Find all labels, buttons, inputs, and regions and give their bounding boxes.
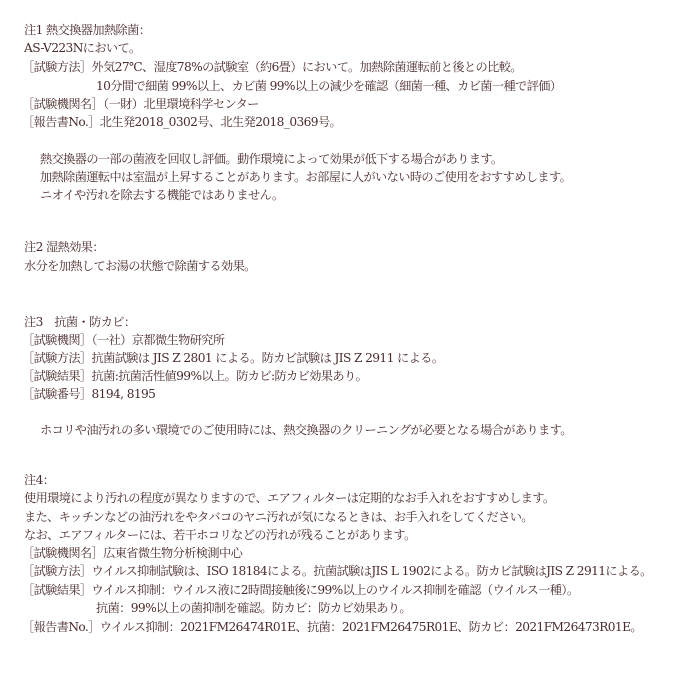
note-4-body-1: 使用環境により汚れの程度が異なりますので、エアフィルターは定期的なお手入れをおす… (24, 490, 554, 506)
note-1-model: AS-V223Nにおいて。 (24, 40, 140, 56)
note-3-result: ［試験結果］抗菌:抗菌活性値99%以上。防カビ:防カビ効果あり。 (22, 368, 367, 384)
note-4-institution: ［試験機関名］広東省微生物分析検測中心 (22, 545, 242, 561)
note-4-result-cont: 抗菌：99%以上の菌抑制を確認。防カビ：防カビ効果あり。 (96, 600, 411, 616)
note-2-title: 注2 湿熱効果： (24, 239, 104, 255)
note-1-method-cont: 10分間で細菌 99%以上、カビ菌 99%以上の減少を確認（細菌一種、カビ菌一種… (96, 78, 561, 94)
note-3-institution: ［試験機関］（一社）京都微生物研究所 (22, 332, 224, 348)
note-1-method: ［試験方法］外気27℃、湿度78%の試験室（約6畳）において。加熱除菌運転前と後… (22, 59, 522, 75)
note-3-number: ［試験番号］8194, 8195 (22, 386, 155, 402)
note-2-body: 水分を加熱してお湯の状態で除菌する効果。 (24, 258, 256, 274)
note-3-remark: ホコリや油汚れの多い環境でのご使用時には、熱交換器のクリーニングが必要となる場合… (40, 422, 572, 438)
note-1-remark-3: ニオイや汚れを除去する機能ではありません。 (40, 187, 283, 203)
note-4-method: ［試験方法］ウイルス抑制試験は、ISO 18184による。抗菌試験はJIS L … (22, 563, 652, 579)
note-1-remark-1: 熱交換器の一部の菌液を回収し評価。動作環境によって効果が低下する場合があります。 (40, 151, 503, 167)
note-1-institution: ［試験機関名］（一財）北里環境科学センター (22, 96, 259, 112)
note-4-title: 注4： (24, 472, 54, 488)
note-4-report: ［報告書No.］ウイルス抑制：2021FM26474R01E、抗菌：2021FM… (22, 619, 642, 635)
note-4-body-3: なお、エアフィルターには、若干ホコリなどの汚れが残ることがあります。 (24, 527, 416, 543)
note-3-method: ［試験方法］抗菌試験は JIS Z 2801 による。防カビ試験は JIS Z … (22, 350, 443, 366)
note-3-title: 注3 抗菌・防カビ： (24, 314, 135, 330)
note-1-report: ［報告書No.］北生発2018_0302号、北生発2018_0369号。 (22, 114, 341, 130)
note-4-body-2: また、キッチンなどの油汚れをやタバコのヤニ汚れが気になるときは、お手入れをしてく… (24, 509, 533, 525)
note-1-title: 注1 熱交換器加熱除菌： (24, 22, 150, 38)
note-1-remark-2: 加熱除菌運転中は室温が上昇することがあります。お部屋に人がいない時のご使用をおす… (40, 169, 571, 185)
note-4-result: ［試験結果］ウイルス抑制：ウイルス液に2時間接触後に99%以上のウイルス抑制を確… (22, 582, 578, 598)
